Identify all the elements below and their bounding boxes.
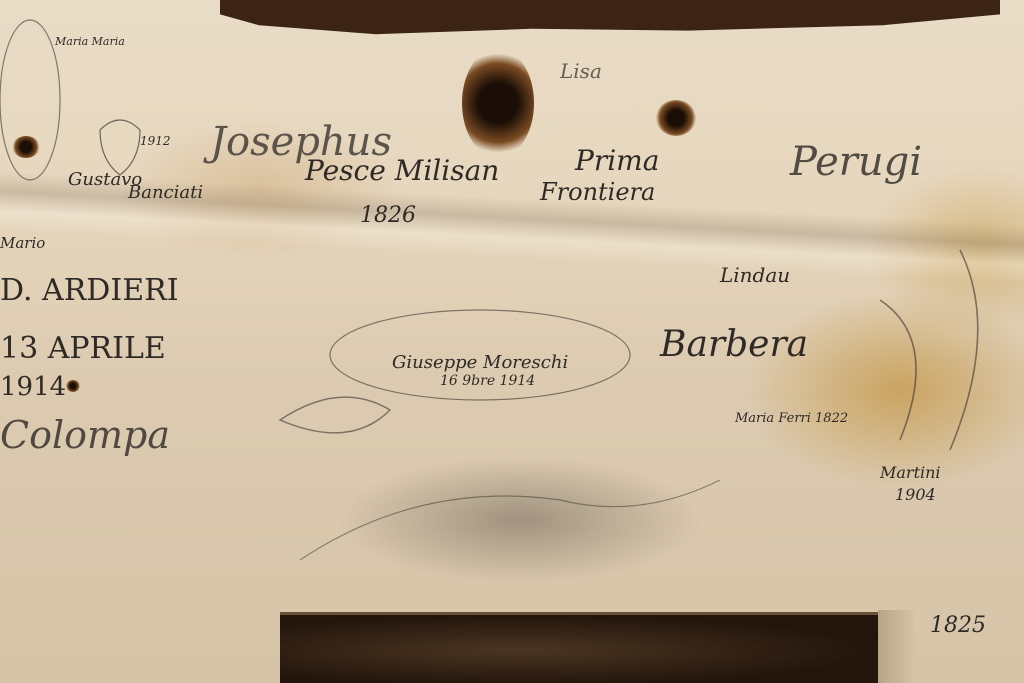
inscription: Prima — [574, 144, 659, 177]
inscription: Maria Maria — [54, 35, 125, 48]
inscription: Maria Ferri 1822 — [734, 411, 848, 426]
graffiti-layer: D. ARDIERI 13 APRILE 1914 Mario Gustavo … — [0, 0, 1024, 683]
inscription: 1914 — [0, 372, 66, 402]
inscription: Frontiera — [539, 178, 655, 206]
inscription: Giuseppe Moreschi — [392, 352, 568, 373]
inscription: 1826 — [360, 203, 416, 228]
inscription: Mario — [0, 234, 45, 252]
inscription: 1912 — [140, 134, 171, 148]
inscription: 1825 — [930, 613, 986, 638]
inscription: D. ARDIERI — [0, 273, 179, 308]
inscription: Banciati — [127, 182, 203, 203]
inscription: Perugi — [789, 139, 922, 185]
inscription: Lisa — [559, 59, 602, 83]
inscription: Colompa — [0, 413, 170, 457]
inscription: Martini — [879, 463, 941, 482]
inscription: 16 9bre 1914 — [440, 373, 535, 389]
inscription: Barbera — [659, 324, 808, 365]
inscription: Pesce Milisan — [304, 154, 499, 187]
inscription: 1904 — [895, 485, 936, 504]
inscription: 13 APRILE — [0, 331, 166, 366]
inscription: Lindau — [719, 263, 790, 287]
